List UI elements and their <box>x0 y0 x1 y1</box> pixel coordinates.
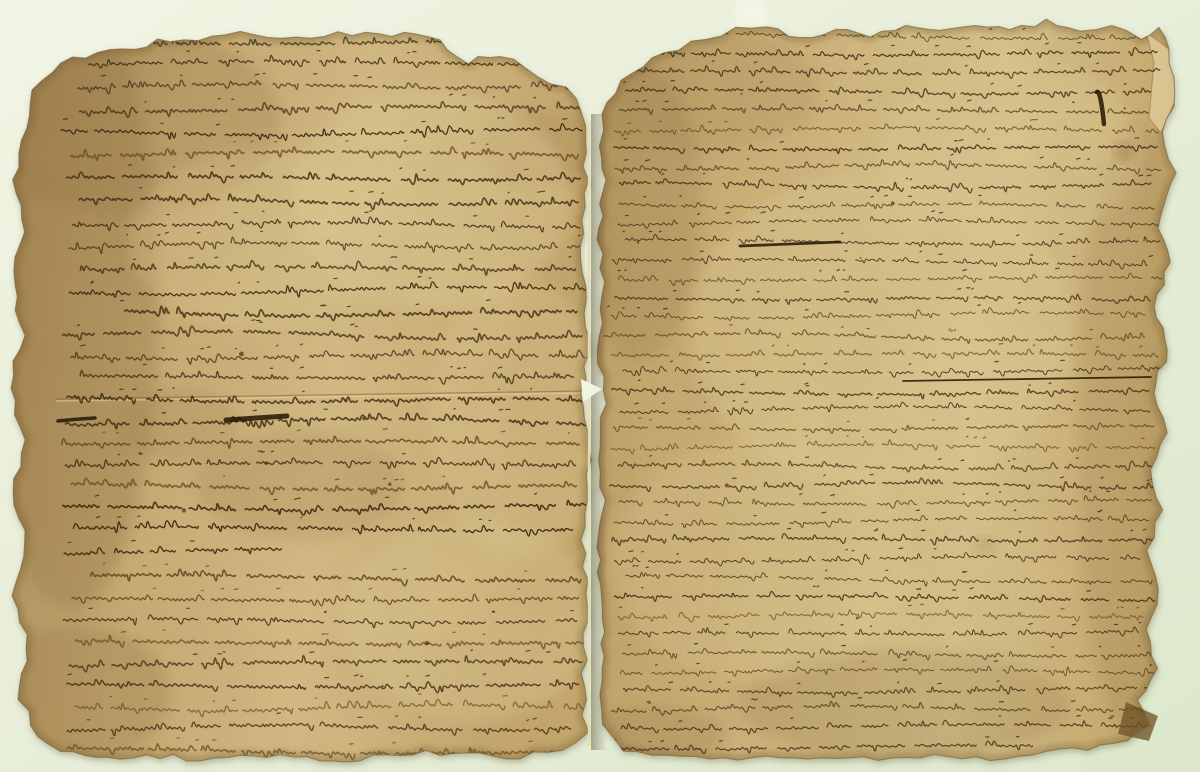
manuscript-photo: Two sheets of aged, yellow-brown paper w… <box>0 0 1200 772</box>
center-seam <box>581 114 607 750</box>
manuscript-spread <box>0 0 1200 772</box>
seam-gutter-shade <box>591 114 607 750</box>
